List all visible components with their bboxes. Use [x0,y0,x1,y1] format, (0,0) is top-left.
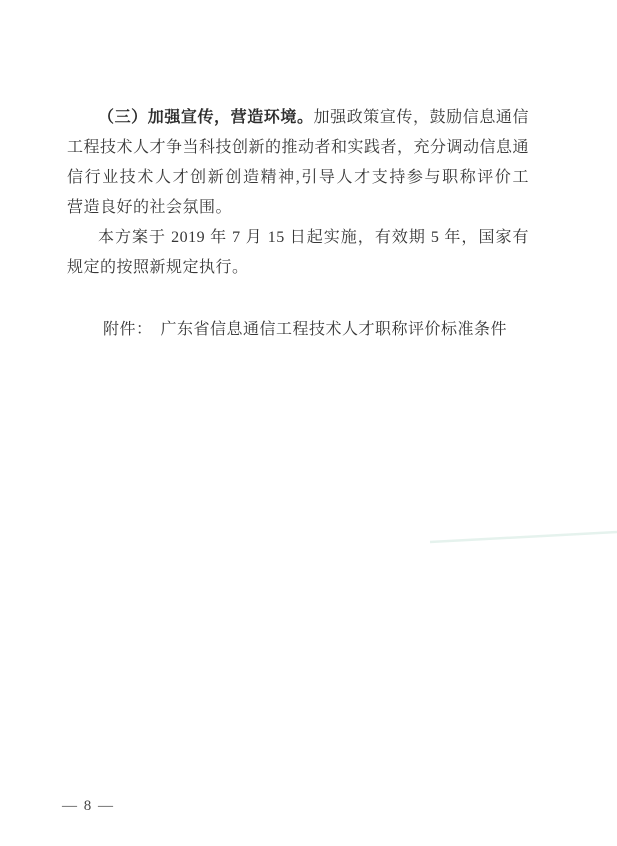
attachment-line: 附件：广东省信息通信工程技术人才职称评价标准条件 [67,315,529,345]
text-line: 规定的按照新规定执行。 [67,253,529,283]
section-heading: （三）加强宣传，营造环境。 [98,109,314,126]
text-line: 营造良好的社会氛围。 [67,193,529,223]
text-line: 信行业技术人才创新创造精神,引导人才支持参与职称评价工作， [67,163,529,193]
attachment-label: 附件： [103,321,153,338]
text-run: 加强政策宣传，鼓励信息通信 [314,109,529,126]
document-content: （三）加强宣传，营造环境。加强政策宣传，鼓励信息通信 工程技术人才争当科技创新的… [67,103,529,345]
scan-artifact-stroke [430,532,617,542]
text-line: 工程技术人才争当科技创新的推动者和实践者，充分调动信息通 [67,133,529,163]
page-number: — 8 — [62,798,115,815]
attachment-title: 广东省信息通信工程技术人才职称评价标准条件 [161,321,508,338]
scan-artifact-line [425,527,617,547]
text-line: 本方案于 2019 年 7 月 15 日起实施，有效期 5 年，国家有新 [67,223,529,253]
text-line: （三）加强宣传，营造环境。加强政策宣传，鼓励信息通信 [67,103,529,133]
document-page: （三）加强宣传，营造环境。加强政策宣传，鼓励信息通信 工程技术人才争当科技创新的… [0,0,617,846]
